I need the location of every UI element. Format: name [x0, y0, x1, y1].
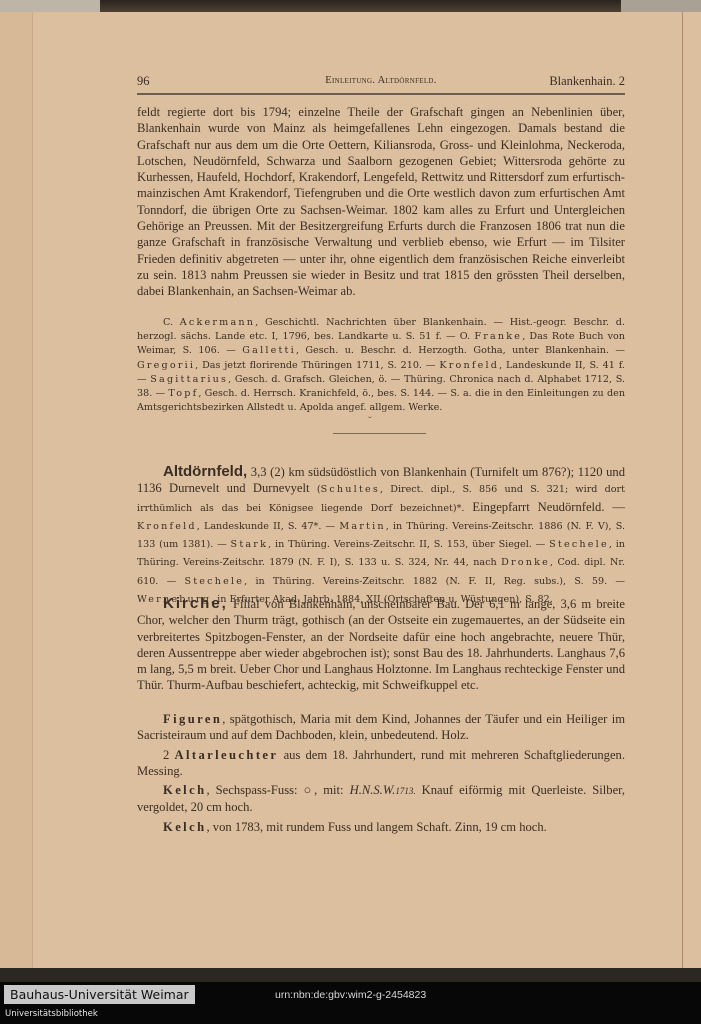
item-kelch-2: Kelch, von 1783, mit rundem Fuss und lan…: [137, 819, 625, 835]
institution-badge: Bauhaus-Universität Weimar: [4, 985, 195, 1004]
author-name: Franke: [474, 331, 522, 342]
item-altarleuchter: 2 Altarleuchter aus dem 18. Jahrhundert,…: [137, 747, 625, 780]
entry-heading: Kirche,: [163, 595, 228, 612]
section-divider: [333, 433, 426, 434]
item-figuren: Figuren, spätgothisch, Maria mit dem Kin…: [137, 711, 625, 744]
running-head-section: Blankenhain. 2: [549, 74, 625, 89]
urn-identifier: urn:nbn:de:gbv:wim2-g-2454823: [275, 989, 426, 1001]
inscription: H.N.S.W.: [350, 783, 396, 797]
author-name: Galletti: [242, 345, 296, 356]
intro-paragraph: feldt regierte dort bis 1794; einzelne T…: [137, 104, 625, 300]
running-head: 96 Einleitung. Altdörnfeld. Blankenhain.…: [137, 74, 625, 90]
ornament-mark: ˇ: [368, 415, 372, 427]
scan-bottom-edge: [0, 968, 701, 982]
author-name: Sagittarius: [150, 374, 228, 385]
library-label: Universitätsbibliothek: [5, 1009, 98, 1019]
item-kelch-1: Kelch, Sechspass-Fuss: ○, mit: H.N.S.W.1…: [137, 782, 625, 816]
literature-notes: C. Ackermann, Geschichtl. Nachrichten üb…: [137, 316, 625, 415]
page-right-edge: [682, 12, 701, 970]
inventory-items: Figuren, spätgothisch, Maria mit dem Kin…: [137, 711, 625, 835]
hexafoil-symbol-icon: ○: [304, 783, 315, 797]
author-name: Kronfeld: [439, 360, 499, 371]
author-name: Topf: [168, 388, 198, 399]
entry-heading: Altdörnfeld,: [163, 463, 247, 480]
footer-bar: Bauhaus-Universität Weimar Universitätsb…: [0, 982, 701, 1024]
author-name: Ackermann: [180, 317, 255, 328]
header-rule: [137, 93, 625, 95]
kirche-entry: Kirche, Filial von Blankenhain, unschein…: [137, 596, 625, 694]
altdoernfeld-entry: Altdörnfeld, 3,3 (2) km südsüdöstlich vo…: [137, 464, 625, 608]
kirche-text: Filial von Blankenhain, unscheinbarer Ba…: [137, 597, 625, 692]
author-name: Gregorii: [137, 360, 195, 371]
page-left-margin: [0, 12, 33, 972]
intro-text: feldt regierte dort bis 1794; einzelne T…: [137, 104, 625, 300]
